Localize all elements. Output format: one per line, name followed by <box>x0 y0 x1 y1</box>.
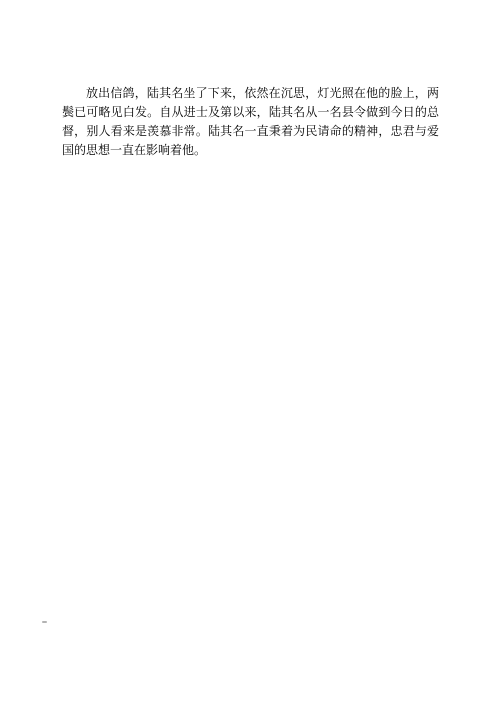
paragraph-line-4: 国的思想一直在影响着他。 <box>62 141 439 160</box>
faint-dot-mark <box>42 621 47 623</box>
paragraph-line-2: 鬓已可略见白发。自从进士及第以来，陆其名从一名县令做到今日的总 <box>62 103 439 122</box>
paragraph-line-3: 督，别人看来是羡慕非常。陆其名一直秉着为民请命的精神，忠君与爱 <box>62 122 439 141</box>
body-paragraph: 放出信鸽，陆其名坐了下来，依然在沉思，灯光照在他的脸上，两 鬓已可略见白发。自从… <box>62 84 439 160</box>
document-page: 放出信鸽，陆其名坐了下来，依然在沉思，灯光照在他的脸上，两 鬓已可略见白发。自从… <box>0 0 501 711</box>
paragraph-line-1: 放出信鸽，陆其名坐了下来，依然在沉思，灯光照在他的脸上，两 <box>62 84 439 103</box>
